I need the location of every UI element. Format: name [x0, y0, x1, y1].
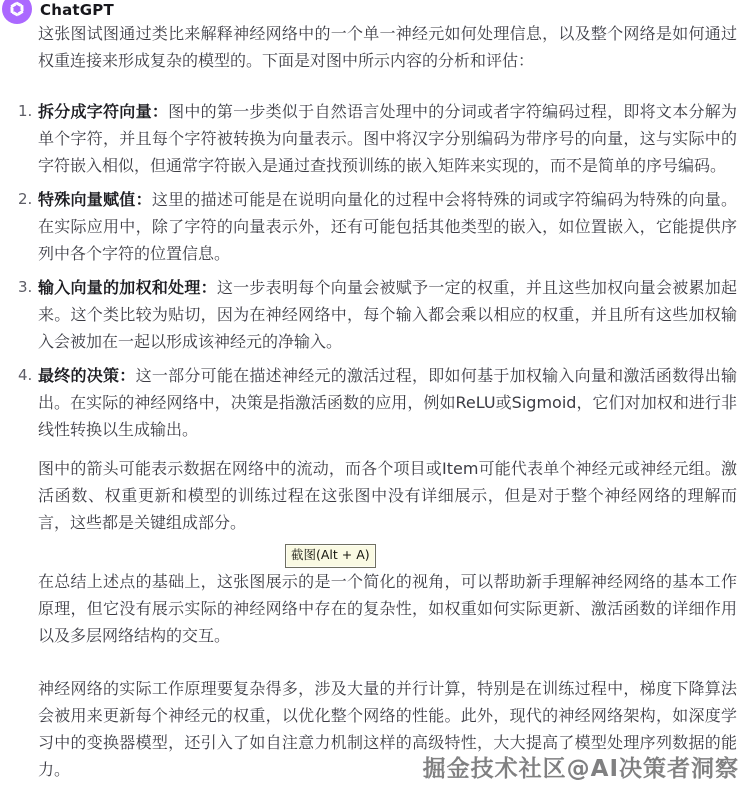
- intro-paragraph: 这张图试图通过类比来解释神经网络中的一个单一神经元如何处理信息，以及整个网络是如…: [38, 20, 737, 74]
- list-item-number: 2.: [18, 186, 32, 213]
- list-item: 3.输入向量的加权和处理：这一步表明每个向量会被赋予一定的权重，并且这些加权向量…: [38, 274, 737, 355]
- list-item-text: 这一部分可能在描述神经元的激活过程，即如何基于加权输入向量和激活函数得出输出。在…: [38, 366, 737, 439]
- screenshot-shortcut-button[interactable]: 截图(Alt + A): [285, 544, 376, 568]
- list-item-title: 输入向量的加权和处理：: [38, 278, 217, 297]
- list-item-number: 3.: [18, 274, 32, 301]
- assistant-message-body: 这张图试图通过类比来解释神经网络中的一个单一神经元如何处理信息，以及整个网络是如…: [0, 0, 743, 783]
- list-item: 1.拆分成字符向量：图中的第一步类似于自然语言处理中的分词或者字符编码过程，即将…: [38, 98, 737, 179]
- list-item-title: 拆分成字符向量：: [38, 102, 168, 121]
- list-item-title: 特殊向量赋值：: [38, 190, 152, 209]
- summary-paragraph-real-complexity: 神经网络的实际工作原理要复杂得多，涉及大量的并行计算，特别是在训练过程中，梯度下…: [38, 675, 737, 783]
- chatgpt-avatar: [2, 0, 32, 24]
- list-item: 4.最终的决策：这一部分可能在描述神经元的激活过程，即如何基于加权输入向量和激活…: [38, 362, 737, 443]
- list-item-title: 最终的决策：: [38, 366, 136, 385]
- assistant-name-label: ChatGPT: [40, 1, 114, 19]
- list-item-number: 4.: [18, 362, 32, 389]
- list-item: 2.特殊向量赋值：这里的描述可能是在说明向量化的过程中会将特殊的词或字符编码为特…: [38, 186, 737, 267]
- summary-paragraph-arrows: 图中的箭头可能表示数据在网络中的流动，而各个项目或Item可能代表单个神经元或神…: [38, 455, 737, 536]
- assistant-message-header: ChatGPT: [2, 0, 114, 24]
- list-item-number: 1.: [18, 98, 32, 125]
- openai-logo-icon: [7, 0, 27, 19]
- analysis-list: 1.拆分成字符向量：图中的第一步类似于自然语言处理中的分词或者字符编码过程，即将…: [38, 98, 737, 443]
- summary-paragraph-simplified-view: 在总结上述点的基础上，这张图展示的是一个简化的视角，可以帮助新手理解神经网络的基…: [38, 568, 737, 649]
